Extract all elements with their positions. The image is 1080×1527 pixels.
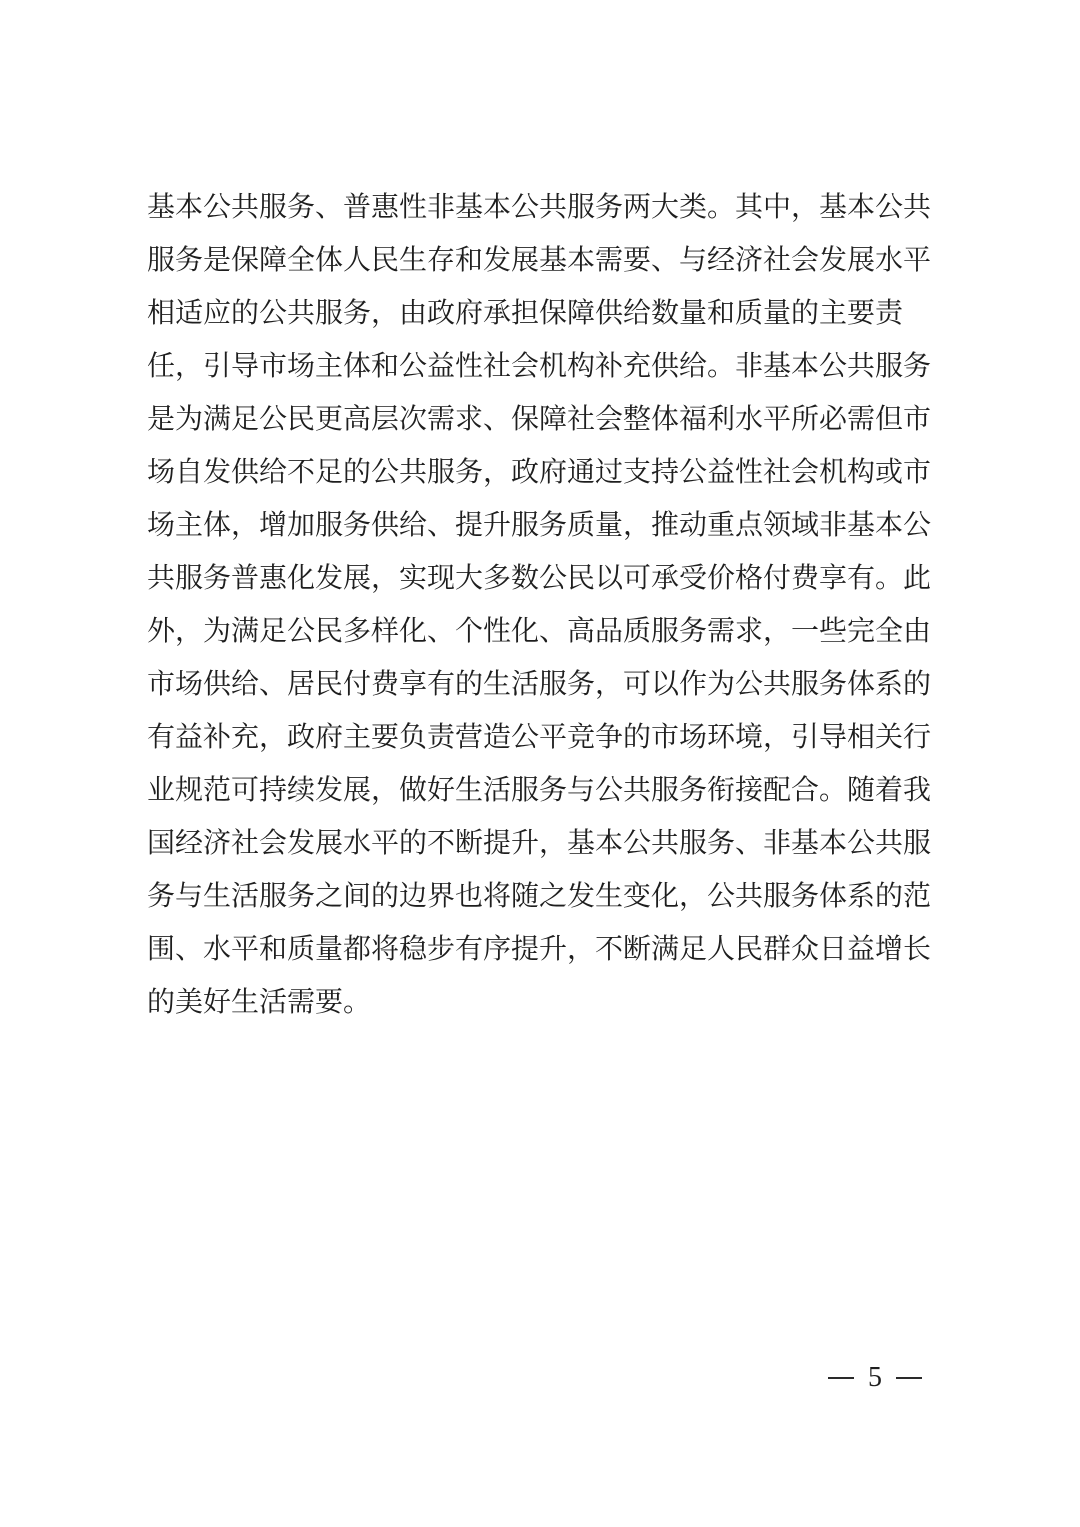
text-line: 服务是保障全体人民生存和发展基本需要、与经济社会发展水平 <box>147 239 947 292</box>
text-line: 围、水平和质量都将稳步有序提升，不断满足人民群众日益增长 <box>147 928 947 981</box>
text-line: 有益补充，政府主要负责营造公平竞争的市场环境，引导相关行 <box>147 716 947 769</box>
text-line: 国经济社会发展水平的不断提升，基本公共服务、非基本公共服 <box>147 822 947 875</box>
page-number-value: 5 <box>868 1362 882 1394</box>
text-line: 市场供给、居民付费享有的生活服务，可以作为公共服务体系的 <box>147 663 947 716</box>
page-number: 5 <box>820 1358 930 1398</box>
text-line: 是为满足公民更高层次需求、保障社会整体福利水平所必需但市 <box>147 398 947 451</box>
text-line: 共服务普惠化发展，实现大多数公民以可承受价格付费享有。此 <box>147 557 947 610</box>
text-line: 场主体，增加服务供给、提升服务质量，推动重点领域非基本公 <box>147 504 947 557</box>
document-page: 基本公共服务、普惠性非基本公共服务两大类。其中，基本公共 服务是保障全体人民生存… <box>0 0 1080 1527</box>
dash-right-decoration <box>896 1377 922 1379</box>
text-line: 基本公共服务、普惠性非基本公共服务两大类。其中，基本公共 <box>147 186 947 239</box>
text-line: 的美好生活需要。 <box>147 981 947 1034</box>
text-line: 相适应的公共服务，由政府承担保障供给数量和质量的主要责 <box>147 292 947 345</box>
text-line: 外，为满足公民多样化、个性化、高品质服务需求，一些完全由 <box>147 610 947 663</box>
text-line: 任，引导市场主体和公益性社会机构补充供给。非基本公共服务 <box>147 345 947 398</box>
text-line: 业规范可持续发展，做好生活服务与公共服务衔接配合。随着我 <box>147 769 947 822</box>
text-line: 场自发供给不足的公共服务，政府通过支持公益性社会机构或市 <box>147 451 947 504</box>
body-paragraph: 基本公共服务、普惠性非基本公共服务两大类。其中，基本公共 服务是保障全体人民生存… <box>147 186 947 1034</box>
dash-left-decoration <box>828 1377 854 1379</box>
text-line: 务与生活服务之间的边界也将随之发生变化，公共服务体系的范 <box>147 875 947 928</box>
